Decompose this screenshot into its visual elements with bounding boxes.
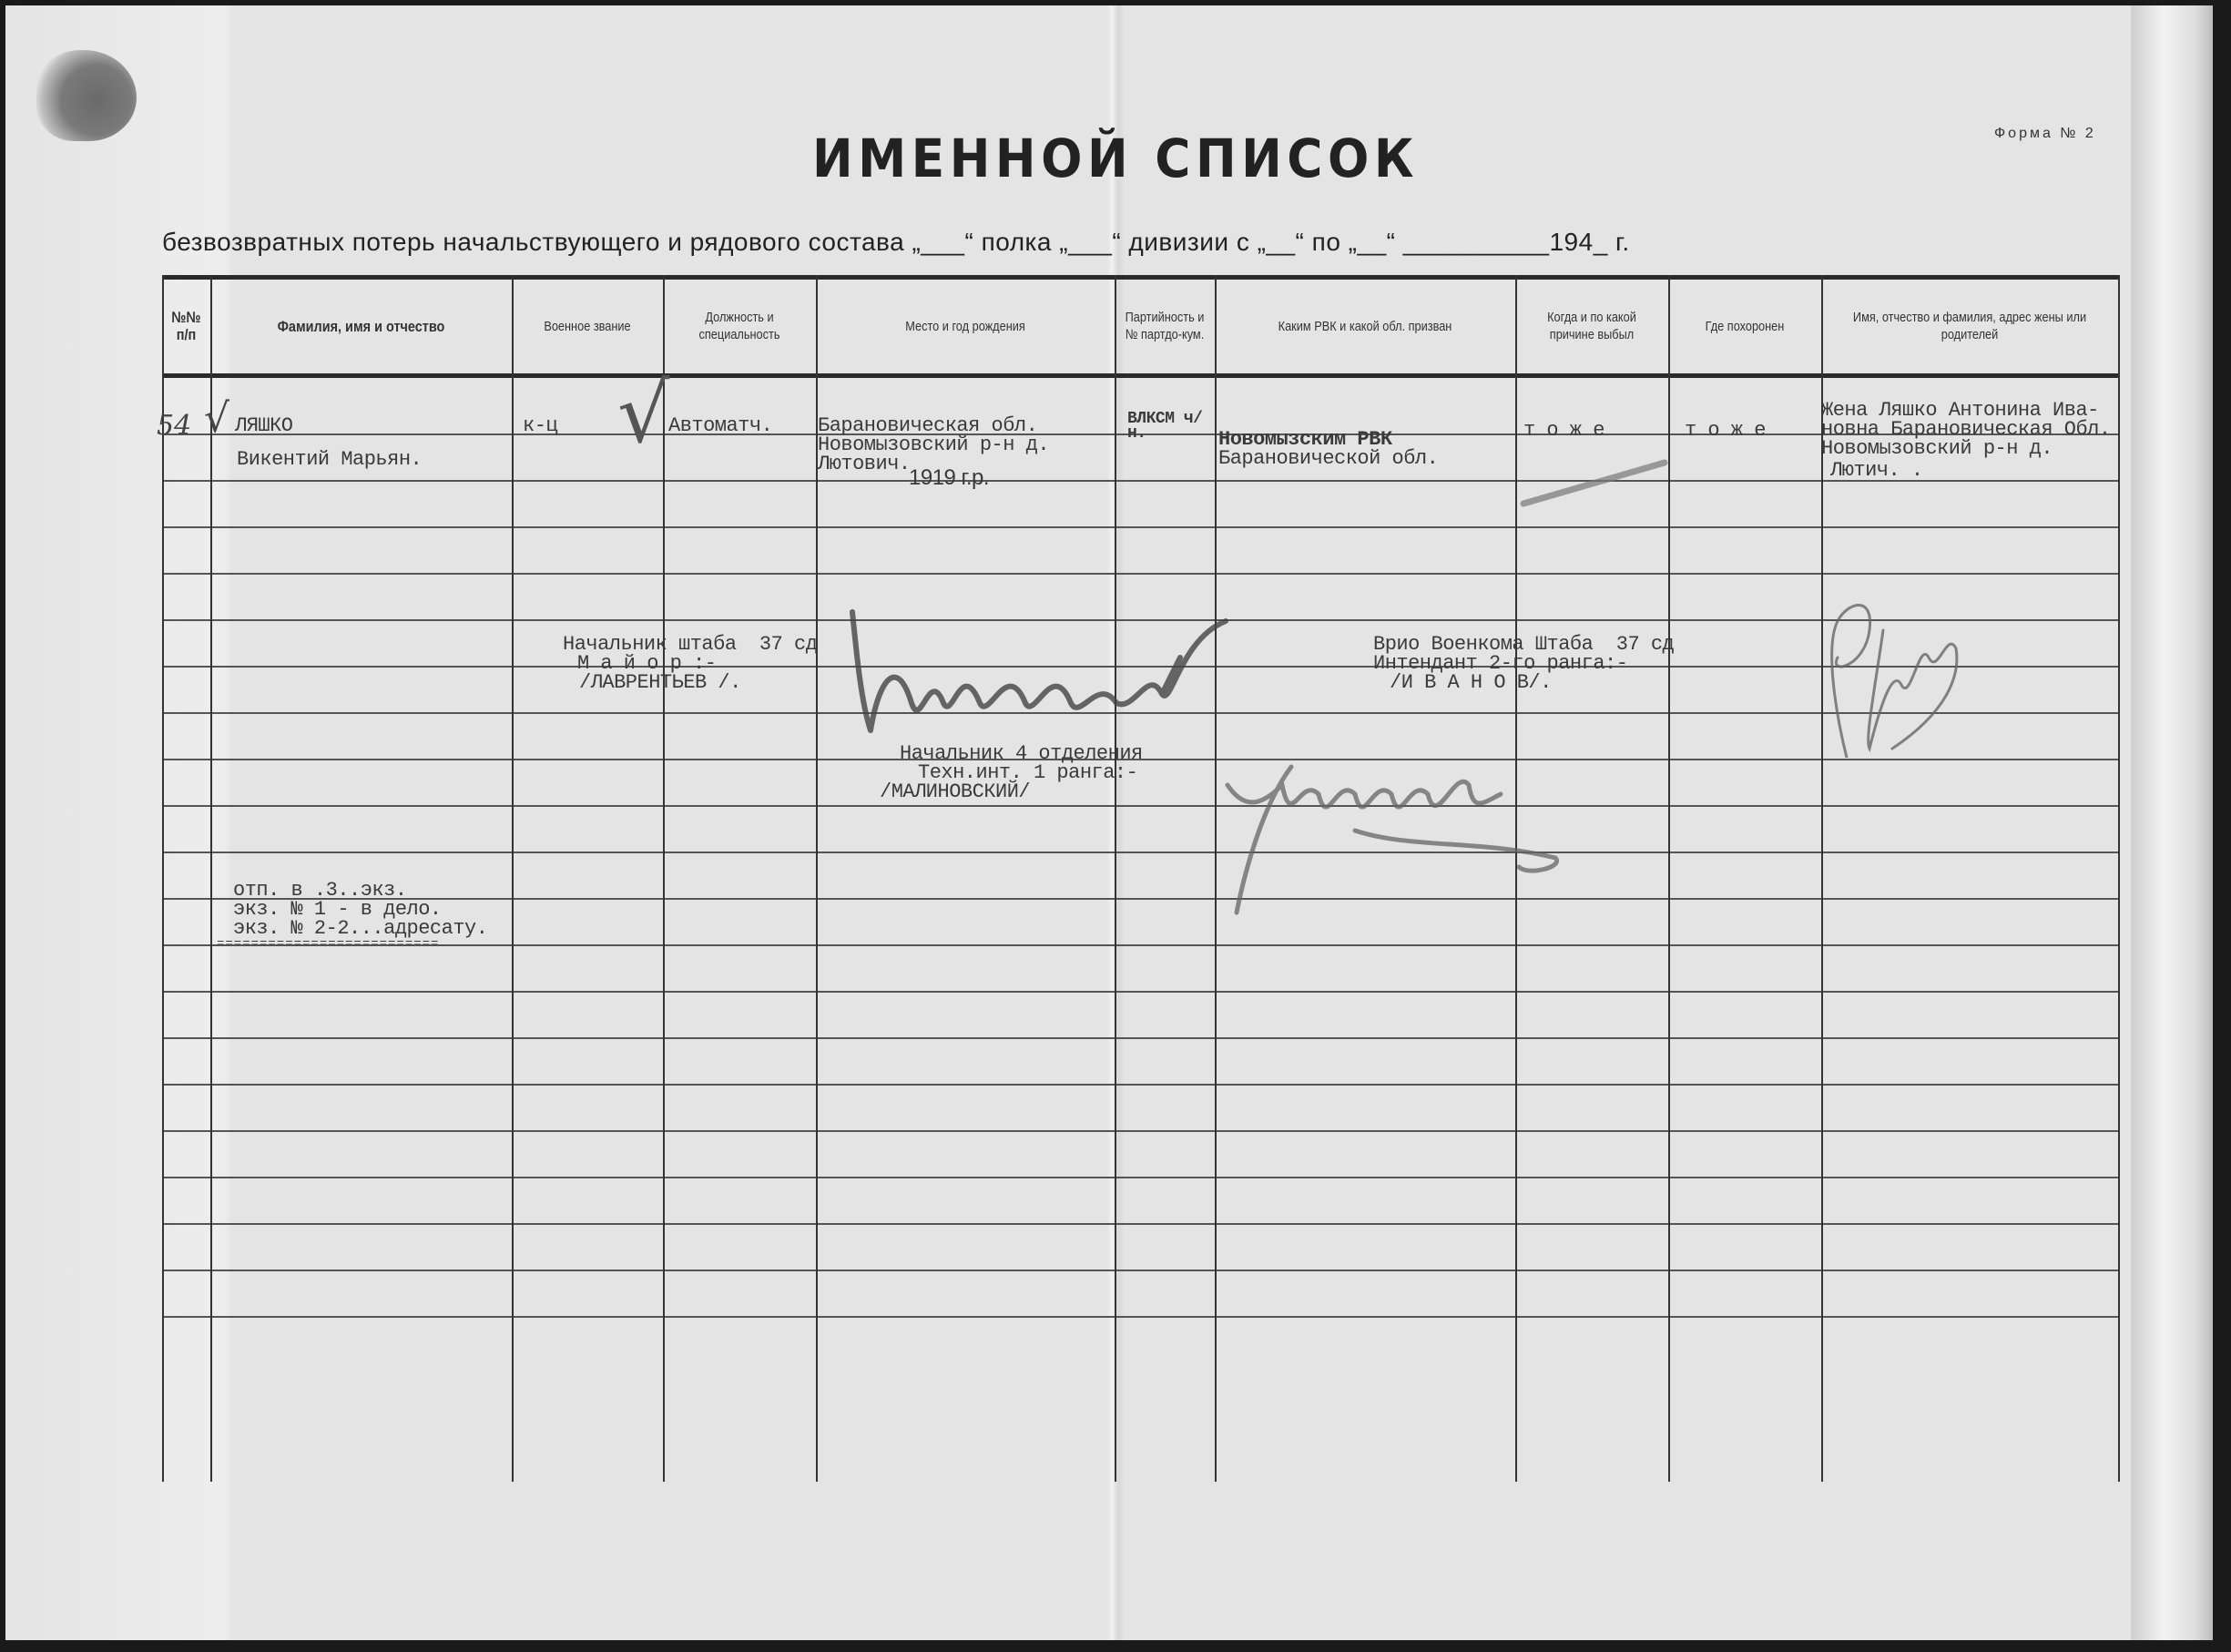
row-line [162,1130,2120,1132]
header-burial: Где похоронен [1680,279,1810,373]
birth-year: 1919 г.р. [909,468,989,487]
relatives-line1: Жена Ляшко Антонина Ива- [1821,401,2099,420]
birthplace-line1: Барановическая обл. [818,416,1037,435]
header-full-name: Фамилия, имя и отчество [233,279,489,373]
relatives-line3: Новомызовский р-н д. [1821,439,2053,458]
chief-of-staff-line3: /ЛАВРЕНТЬЕВ /. [579,673,741,692]
row-line [162,898,2120,900]
distribution-line2: экз. № 1 - в дело. [233,900,442,919]
row-line [162,991,2120,993]
header-birthplace: Место и год рождения [839,279,1093,373]
signature-malinovsky [1209,730,1583,940]
header-bottom-border [162,373,2120,378]
document-title: ИМЕННОЙ СПИСОК [89,127,2142,189]
relatives-line2: новна Барановическая Обл. [1821,420,2111,439]
dept-chief-line1: Начальник 4 отделения [900,744,1143,763]
column-line [512,275,514,1482]
row-line [162,1316,2120,1318]
party-value: ВЛКСМ ч/н. [1127,412,1209,441]
commissar-line1: Врио Военкома Штаба 37 сд [1373,635,1674,654]
row-line [162,944,2120,946]
header-when-why: Когда и по какой причине выбыл [1527,279,1657,373]
row-line [162,1223,2120,1225]
row-line [162,851,2120,853]
casualty-list-table: №№ п/п Фамилия, имя и отчество Военное з… [162,275,2120,1482]
signature-lavrentyev [834,603,1235,739]
column-line [210,275,212,1482]
header-number: №№ п/п [166,279,207,373]
position-value: Автоматч. [668,416,772,435]
column-line [162,275,164,1482]
header-rvk: Каким РВК и какой обл. призван [1238,279,1493,373]
row-line [162,480,2120,482]
distribution-underline: ========================== [217,935,439,954]
relatives-line4: Лютич. . [1830,461,1923,480]
surname: ЛЯШКО [235,416,293,435]
row-line [162,526,2120,528]
check-mark-icon: √ [617,366,669,462]
row-line [162,1084,2120,1086]
when-why-value: т о ж е [1523,421,1604,440]
paper-fold-edge [2131,5,2213,1640]
column-line [1115,275,1116,1482]
signature-ivanov [1810,576,1974,758]
chief-of-staff-line2: М а й о р :- [577,654,716,673]
dept-chief-line2: Техн.инт. 1 ранга:- [918,763,1137,782]
column-line [2118,275,2120,1482]
distribution-line1: отп. в .3..экз. [233,881,407,900]
given-names: Викентий Марьян. [237,450,422,469]
row-line [162,1270,2120,1271]
commissar-line3: /И В А Н О В/. [1390,673,1552,692]
header-relatives: Имя, отчество и фамилия, адрес жены или … [1843,279,2095,373]
rvk-line1: Новомызским РВК [1218,430,1392,449]
check-mark-icon: √ [204,395,229,442]
header-position: Должность и специальность [675,279,805,373]
dept-chief-line3: /МАЛИНОВСКИЙ/ [880,782,1030,801]
row-line [162,1037,2120,1039]
row-number: 54 [157,410,191,442]
pencil-strike-mark [1519,454,1674,508]
birthplace-line3: Лютович. [818,454,911,474]
row-line [162,1177,2120,1178]
header-rank: Военное звание [523,279,651,373]
chief-of-staff-line1: Начальник штаба 37 сд [563,635,817,654]
rvk-line2: Барановической обл. [1218,449,1438,468]
commissar-line2: Интендант 2-го ранга:- [1373,654,1627,673]
form-number-label: Форма № 2 [1994,126,2096,142]
document-subtitle: безвозвратных потерь начальствующего и р… [162,228,1630,257]
rank-value: к-ц [523,416,557,435]
birthplace-line2: Новомызовский р-н д. [818,435,1049,454]
row-line [162,805,2120,807]
header-party: Партийность и № партдо-кум. [1122,279,1207,373]
burial-value: т о ж е [1685,421,1766,440]
row-line [162,573,2120,575]
